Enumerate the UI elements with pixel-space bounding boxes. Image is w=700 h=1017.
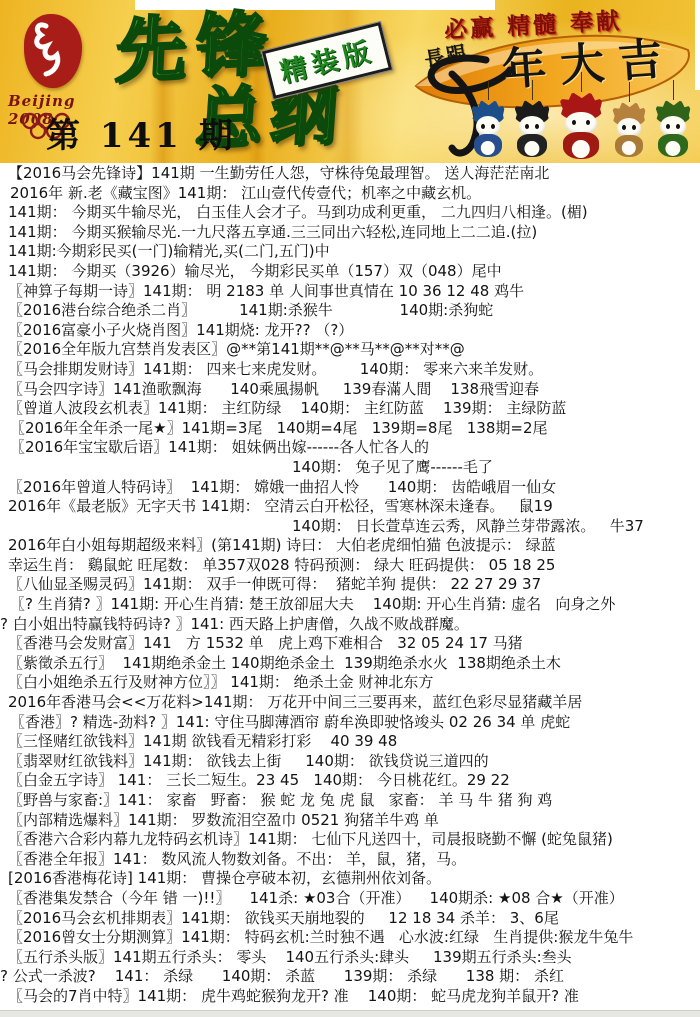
text-line: 〖香港马会发财富〗141 方 1532 单 虎上鸡下难相合 32 05 24 1… — [0, 634, 700, 654]
text-line: 〖马会的7肖中特〗141期： 虎牛鸡蛇猴狗龙开? 准 140期： 蛇马虎龙狗羊鼠… — [0, 987, 700, 1007]
text-line: 〖神算子每期一诗〗141期： 明 2183 单 人间事世真情在 10 36 12… — [0, 282, 700, 302]
dancing-figure-icon — [24, 14, 82, 88]
text-line: 〖2016曾女士分期测算〗141期： 特码玄机:兰时独不遇 心水波:红绿 生肖提… — [0, 928, 700, 948]
text-line: 141期： 今期买牛输尽光， 白玉佳人会才子。马到功成利更重， 二九四归八相逢。… — [0, 203, 700, 223]
greeting-text: 年大吉 — [500, 22, 678, 98]
text-line: 〖白金五字诗〗 141： 三长二短生。23 45 140期： 今日桃花红。29 … — [0, 771, 700, 791]
text-line: 〖曾道人波段玄机表〗141期： 主红防绿 140期： 主红防蓝 139期： 主绿… — [0, 399, 700, 419]
text-line: 〖2016马会玄机排期表〗141期： 欲钱买天崩地裂的 12 18 34 杀羊：… — [0, 909, 700, 929]
fuwa-tan-mascot-icon — [611, 102, 647, 158]
page-title: 先锋 — [114, 8, 278, 86]
text-line: 2016年香港马会<<万花料>141期： 万花开中间三三要再来，蓝红色彩尽显猪藏… — [0, 693, 700, 713]
text-line: 141期： 今期买（3926）输尽光， 今期彩民买单（157）双（048）尾中 — [0, 262, 700, 282]
tipsheet-page: Beijing 2008 先锋 总纲 第 141 期 精装版 必赢 精髓 奉献 … — [0, 0, 700, 1017]
text-line: ? 白小姐出特赢钱特码诗? 〗141: 西天路上护唐僧，久战不败战群魔。 — [0, 615, 700, 635]
fuwa-green-mascot-icon — [654, 100, 692, 158]
beijing2008-seal-icon — [24, 14, 82, 88]
text-line: 〖2016年宝宝歇后语〗141期： 姐妹俩出嫁------各人忙各人的 — [0, 438, 700, 458]
text-line: 140期： 兔子见了鹰------毛了 — [0, 458, 700, 478]
text-line: 〖八仙显圣赐灵码〗141期： 双手一伸既可得： 猪蛇羊狗 提供： 22 27 2… — [0, 575, 700, 595]
content-lines: 【2016马会先锋诗】141期 一生勤劳任人怨，守株待兔最理智。 送人海茫茫南北… — [0, 164, 700, 1007]
text-line: 〖? 生肖猜? 〗141期: 开心生肖猜: 楚王放卻屈大夫 140期: 开心生肖… — [0, 595, 700, 615]
text-line: 〖2016年曾道人特码诗〗 141期： 嫦娥一曲招人怜 140期： 齿皓峨眉一仙… — [0, 478, 700, 498]
text-line: 141期:今期彩民买(一门)输精光,买(二门,五门)中 — [0, 242, 700, 262]
text-line: 【2016马会先锋诗】141期 一生勤劳任人怨，守株待兔最理智。 送人海茫茫南北 — [0, 164, 700, 184]
text-line: 141期： 今期买猴输尽光.一九尺落五享通.三三同出六轻松,连同地上二二追.(拉… — [0, 223, 700, 243]
text-line: 〖香港六合彩内幕九龙特码玄机诗〗141期： 七仙下凡送四十，司晨报晓勤不懈 (蛇… — [0, 830, 700, 850]
text-line: 140期： 日长萱草连云秀，风静兰芽带露浓。 牛37 — [0, 517, 700, 537]
issue-number: 第 141 期 — [46, 108, 237, 157]
text-line: 〖2016富豪小子火烧肖图〗141期烧: 龙开?? （?） — [0, 321, 700, 341]
text-line: 〖马会四字诗〗141渔歌飘海 140乘風揚帆 139春滿人間 138飛雪迎春 — [0, 380, 700, 400]
text-line: 〖五行杀头版〗141期五行杀头： 零头 140五行杀头:肆头 139期五行杀头:… — [0, 948, 700, 968]
text-line: 〖马会排期发财诗〗141期： 四来七来虎发财。 140期： 零来六来羊发财。 — [0, 360, 700, 380]
text-line: 〖2016全年版九宫禁肖发表区〗@**第141期**@**马**@**对**@ — [0, 340, 700, 360]
text-line: 〖三怪赌红欲钱料〗141期 欲钱看无精彩打彩 40 39 48 — [0, 732, 700, 752]
text-line: 〖翡翠财红欲钱料〗141期： 欲钱去上街 140期： 欲钱贷说三道四的 — [0, 752, 700, 772]
text-line: 〖香港〗? 精选-劲料? 〗141: 守住马脚薄酒帘 蔚牟涣即驶恪竣头 02 2… — [0, 713, 700, 733]
text-line: 〖内部精选爆料〗141期： 罗数流泪空盈巾 0521 狗猪羊牛鸡 单 — [0, 811, 700, 831]
text-line: 〖香港集发禁合（今年 错 一)!!〗 141杀: ★03合（开准） 140期杀:… — [0, 889, 700, 909]
masthead: Beijing 2008 先锋 总纲 第 141 期 精装版 必赢 精髓 奉献 … — [0, 0, 700, 163]
text-line: 〖香港全年报〗141： 数风流人物数刘备。不出： 羊，鼠，猪，马。 — [0, 850, 700, 870]
text-line: 〖野兽与家畜:〗141： 家畜 野畜： 猴 蛇 龙 兔 虎 鼠 家畜： 羊 马 … — [0, 791, 700, 811]
page-bottom-edge — [0, 1010, 700, 1017]
fuwa-panda-mascot-icon — [513, 100, 551, 158]
text-line: 2016年白小姐每期超级来料〗(第141期) 诗曰： 大伯老虎细怕猫 色波提示：… — [0, 536, 700, 556]
fuwa-blue-mascot-icon — [470, 100, 506, 158]
text-line: 〖2016港台综合绝杀二肖〗 141期:杀猴牛 140期:杀狗蛇 — [0, 301, 700, 321]
fuwa-red-mascot-icon — [558, 92, 604, 158]
text-line: ? 公式一杀波? 141： 杀绿 140期： 杀蓝 139期： 杀绿 138 期… — [0, 967, 700, 987]
text-line: 2016年《最老版》无字天书 141期： 空清云白开松径，雪寒林深未逢春。 鼠1… — [0, 497, 700, 517]
fuwa-mascots — [470, 92, 700, 162]
text-line: 〖2016年全年杀一尾★〗141期=3尾 140期=4尾 139期=8尾 138… — [0, 419, 700, 439]
text-line: [2016香港梅花诗] 141期： 曹操仓亭破本初，玄德荆州依刘备。 — [0, 869, 700, 889]
text-line: 幸运生肖： 鷄鼠蛇 旺尾数： 单357双028 特码预测： 绿大 旺码提供： 0… — [0, 556, 700, 576]
text-line: 〖白小姐绝杀五行及财神方位〗〗 141期： 绝杀土金 财神北东方 — [0, 673, 700, 693]
text-line: 〖紫徵杀五行〗 141期绝杀金土 140期绝杀金土 139期绝杀水火 138期绝… — [0, 654, 700, 674]
text-line: 2016年 新.老《藏宝图》141期： 江山壹代传壹代；机率之中藏玄机。 — [0, 184, 700, 204]
